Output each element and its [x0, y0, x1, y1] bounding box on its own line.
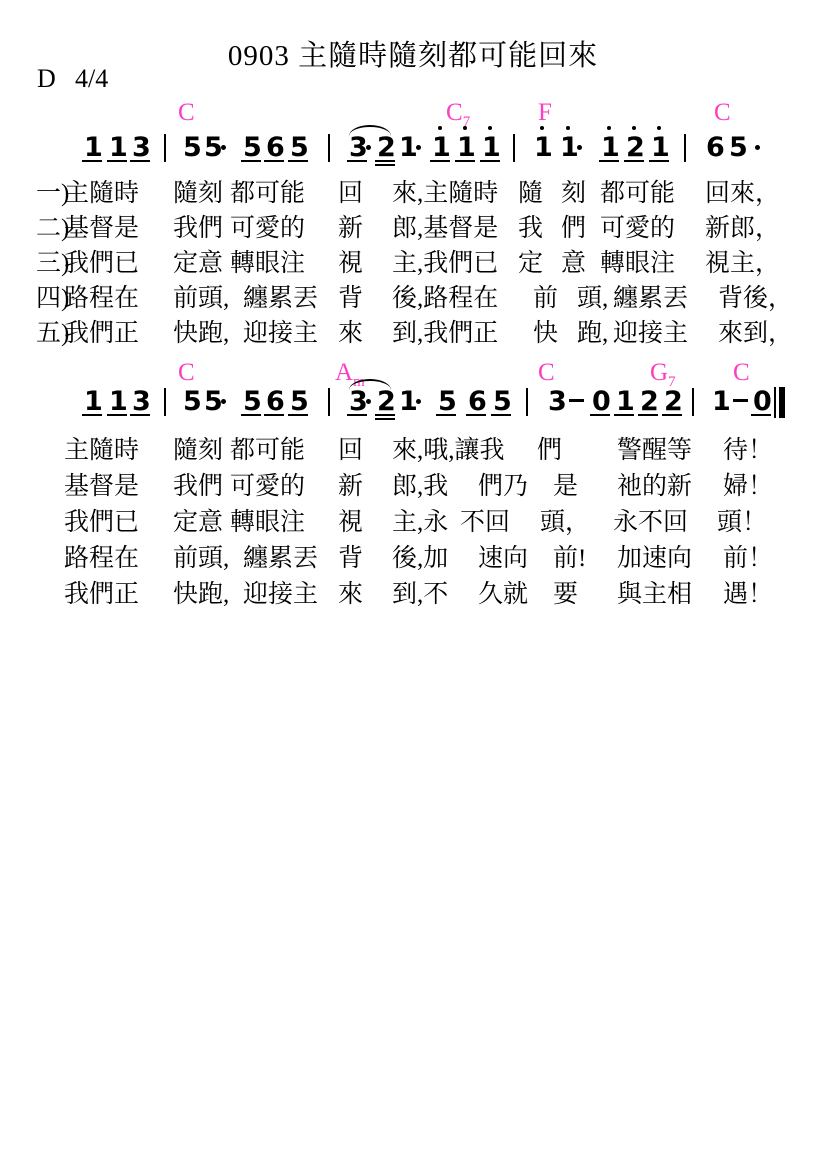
note-digit: 5: [183, 388, 199, 415]
lyric-segment: 久就: [478, 581, 528, 610]
note-digit: 5: [493, 388, 509, 415]
note-digit: 0: [592, 388, 608, 415]
bar-line: [164, 388, 166, 416]
lyric-segment: 與主相: [617, 581, 692, 610]
lyric-segment: 纏累丟: [243, 545, 318, 574]
note-digit: 5: [290, 388, 306, 415]
lyric-segment: 前！: [723, 545, 773, 574]
note-digit: 1: [616, 388, 632, 415]
eighth-underline: [590, 414, 610, 416]
note-digit: 1: [84, 388, 100, 415]
lyric-segment: 是: [553, 473, 578, 502]
dot-after-note: [221, 399, 226, 404]
lyric-segment: 視: [338, 509, 363, 538]
note-digit: 1: [399, 388, 415, 415]
duration-dash: [733, 399, 748, 402]
lyric-segment: 定意: [173, 509, 223, 538]
lyric-segment: 我們已: [64, 509, 139, 538]
note-digit: 5: [204, 388, 220, 415]
note-digit: 2: [377, 388, 393, 415]
lyric-segment: 來: [338, 581, 363, 610]
chord-label: C: [538, 360, 555, 385]
eighth-underline: [751, 414, 771, 416]
bar-line: [526, 388, 528, 416]
eighth-underline: [347, 414, 367, 416]
eighth-underline: [491, 414, 511, 416]
chord-label: G7: [650, 360, 676, 385]
lyric-segment: 頭！: [717, 509, 767, 538]
lyric-segment: 警醒等: [617, 437, 692, 466]
lyric-segment: 郎,我: [392, 473, 448, 502]
note-digit: 2: [640, 388, 656, 415]
note-digit: 3: [132, 388, 148, 415]
note-digit: 0: [753, 388, 769, 415]
eighth-underline: [375, 414, 395, 416]
note-digit: 3: [548, 388, 564, 415]
system-2: CAmCG7C113555653215653012210主隨時隨刻都可能回來,哦…: [0, 0, 826, 1169]
dot-after-note: [366, 399, 371, 404]
lyric-segment: 主隨時: [64, 437, 139, 466]
eighth-underline: [288, 414, 308, 416]
lyric-segment: 都可能: [230, 437, 305, 466]
eighth-underline: [662, 414, 682, 416]
note-digit: 6: [266, 388, 282, 415]
lyric-segment: 們乃: [478, 473, 528, 502]
chord-label: C: [733, 360, 750, 385]
final-barline-thick: [779, 387, 785, 418]
lyric-segment: 主,永: [392, 509, 448, 538]
eighth-underline: [241, 414, 261, 416]
eighth-underline: [466, 414, 486, 416]
lyric-segment: 婦！: [723, 473, 773, 502]
lyric-segment: 轉眼注: [230, 509, 305, 538]
sheet-page: 0903 主隨時隨刻都可能回來 D 4/4 CC7FC1135556532111…: [0, 0, 826, 1169]
chord-label: C: [178, 360, 195, 385]
lyric-segment: 不回: [460, 509, 510, 538]
note-digit: 6: [468, 388, 484, 415]
lyric-segment: 到,不: [392, 581, 448, 610]
lyric-segment: 要: [553, 581, 578, 610]
lyric-segment: 待！: [723, 437, 773, 466]
lyric-segment: 新: [338, 473, 363, 502]
lyric-segment: 背: [338, 545, 363, 574]
lyric-segment: 可愛的: [230, 473, 305, 502]
note-digit: 5: [438, 388, 454, 415]
bar-line: [692, 388, 694, 416]
lyric-segment: 我們正: [64, 581, 139, 610]
note-digit: 3: [349, 388, 365, 415]
lyric-segment: 加速向: [617, 545, 692, 574]
lyric-segment: 隨刻: [173, 437, 223, 466]
lyric-segment: 頭，: [540, 509, 590, 538]
lyric-segment: 速向: [478, 545, 528, 574]
eighth-underline: [130, 414, 150, 416]
duration-dash: [569, 399, 584, 402]
lyric-segment: 遇！: [723, 581, 773, 610]
lyric-segment: 前頭,: [173, 545, 229, 574]
lyric-segment: 快跑,: [173, 581, 229, 610]
final-barline-thin: [774, 387, 776, 418]
lyric-segment: 永不回: [613, 509, 688, 538]
eighth-underline: [82, 414, 102, 416]
eighth-underline: [638, 414, 658, 416]
lyric-segment: 們: [537, 437, 562, 466]
lyric-segment: 迎接主: [243, 581, 318, 610]
eighth-underline: [264, 414, 284, 416]
eighth-underline: [614, 414, 634, 416]
lyric-segment: 祂的新: [617, 473, 692, 502]
sixteenth-underline: [375, 418, 395, 420]
lyric-segment: 路程在: [64, 545, 139, 574]
lyric-segment: 我們: [173, 473, 223, 502]
lyric-segment: 基督是: [64, 473, 139, 502]
lyric-segment: 後,加: [392, 545, 448, 574]
lyric-segment: 來,哦,讓我: [392, 437, 505, 466]
lyric-segment: 回: [338, 437, 363, 466]
note-digit: 1: [712, 388, 728, 415]
bar-line: [328, 388, 330, 416]
dot-after-note: [416, 399, 421, 404]
note-digit: 2: [664, 388, 680, 415]
eighth-underline: [436, 414, 456, 416]
lyric-segment: 前!: [553, 545, 586, 574]
note-digit: 5: [243, 388, 259, 415]
note-digit: 1: [109, 388, 125, 415]
eighth-underline: [107, 414, 127, 416]
